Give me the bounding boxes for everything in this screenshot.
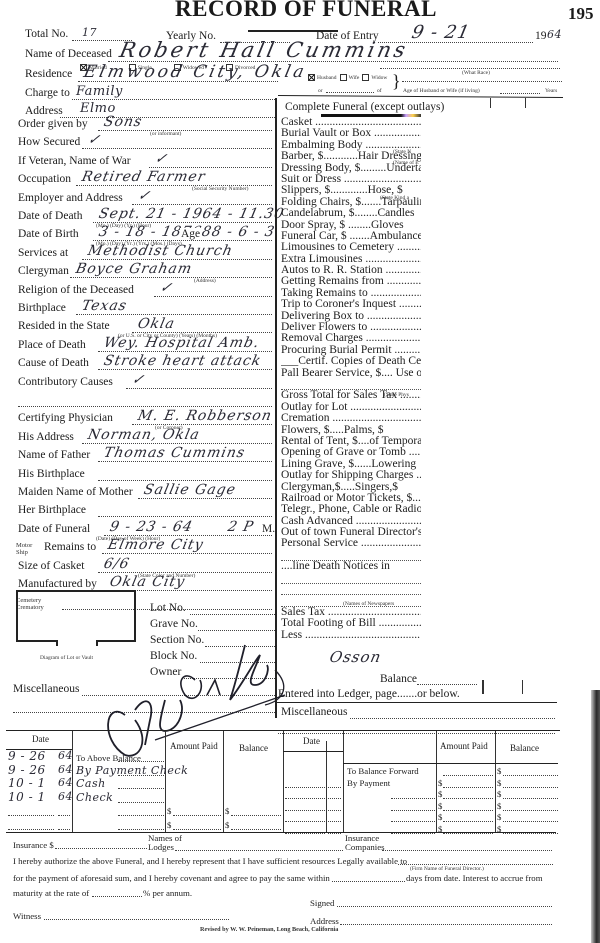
ledger-row[interactable]: $$ — [283, 789, 560, 801]
payment-text-b: days from date. Interest to accrue from — [406, 873, 543, 883]
maturity-text-b: % per annum. — [143, 888, 192, 898]
ledger-balance[interactable]: $ — [497, 812, 501, 822]
ledger-amount-line[interactable] — [443, 775, 493, 776]
veteran-value[interactable]: ✓ — [153, 151, 169, 167]
physician-line — [132, 424, 272, 425]
ledger-balance[interactable]: $ — [225, 820, 229, 830]
ledger-date-line[interactable] — [8, 829, 54, 830]
ledger-row[interactable]: 9 - 2664To Above Balance — [6, 751, 286, 765]
charge-item[interactable] — [281, 573, 421, 584]
physician-address-value[interactable]: Norman, Okla — [86, 427, 201, 443]
balance-box-divider — [482, 680, 484, 694]
age-spouse-unit: Years — [545, 88, 557, 94]
funeral-hour-value[interactable]: 2 P — [226, 519, 255, 535]
ledger-year[interactable]: 64 — [58, 776, 73, 789]
ledger-desc-line[interactable] — [118, 815, 164, 816]
ledger-date-line[interactable] — [285, 787, 325, 788]
clergyman-value[interactable]: Boyce Graham — [75, 261, 194, 277]
checkbox-icon — [340, 74, 347, 81]
order-given-by-line — [98, 130, 272, 131]
father-label: Name of Father — [18, 449, 90, 461]
ledger-year[interactable]: 64 — [58, 749, 73, 762]
charge-item[interactable]: Total Footing of Bill ..................… — [281, 618, 421, 629]
insurance-companies-bottom: Companies — [345, 842, 385, 852]
funeral-hour-suffix: M. — [262, 523, 275, 535]
ledger-date-line[interactable] — [8, 815, 54, 816]
residence-label: Residence — [25, 68, 72, 80]
charge-item[interactable]: Pall Bearer Service, $.... Use of — [281, 368, 421, 379]
lodges-line[interactable] — [175, 850, 343, 851]
motor-label: Motor — [16, 542, 32, 549]
ledger-row[interactable]: To Balance Forward$ — [283, 766, 560, 778]
grave-no-line[interactable] — [198, 630, 275, 631]
charge-item[interactable]: Taking Remains to ......................… — [281, 288, 421, 299]
document-title: RECORD OF FUNERAL — [175, 0, 437, 22]
ledger-row[interactable]: 9 - 2664By Payment Check — [6, 765, 286, 779]
charge-item[interactable]: Casket .................................… — [281, 117, 421, 128]
ledger-year-line[interactable] — [58, 829, 70, 830]
ledger-date[interactable]: 10 - 1 — [8, 776, 46, 790]
relation-option-husband[interactable]: Husband — [308, 74, 337, 81]
address-footer-label: Address — [310, 916, 339, 926]
entered-ledger-label: Entered into Ledger, page.......or below… — [278, 688, 460, 700]
charge-item[interactable]: Procuring Burial Permit ................… — [281, 345, 421, 356]
age-box-divider — [490, 98, 491, 108]
date-of-death-value[interactable]: Sept. 21 - 1964 - 11.30 — [97, 206, 286, 222]
place-of-death-label: Place of Death — [18, 339, 86, 351]
ledger-year[interactable]: 64 — [58, 763, 73, 776]
mother-line — [138, 498, 272, 499]
relation-group: Husband Wife Widow — [308, 74, 387, 81]
charge-item[interactable]: Burial Vault or Box ....................… — [281, 128, 421, 139]
age-label: Age — [180, 228, 201, 240]
clergyman-line — [70, 277, 272, 278]
ledger-description: By Payment — [347, 778, 390, 788]
charge-item[interactable]: Flowers, $.....Palms, $ — [281, 425, 421, 436]
manufactured-by-value[interactable]: Okla City — [108, 574, 186, 590]
ledger-amount[interactable]: $ — [438, 789, 442, 799]
charge-item[interactable]: Personal Service .......................… — [281, 538, 421, 549]
physician-value[interactable]: M. E. Robberson — [136, 408, 273, 424]
column-divider — [275, 98, 277, 718]
miscellaneous-left-label: Miscellaneous — [13, 683, 79, 695]
charge-to-line — [72, 99, 277, 100]
mother-birthplace-label: Her Birthplace — [18, 504, 86, 516]
birthplace-value[interactable]: Texas — [80, 298, 128, 314]
charge-item[interactable]: Deliver Flowers to .....................… — [281, 322, 421, 333]
birthplace-line — [76, 314, 272, 315]
ledger-amount-line[interactable] — [443, 787, 493, 788]
what-race-label: (What Race) — [462, 70, 490, 76]
miscellaneous-right-label: Miscellaneous — [281, 706, 347, 718]
contributory-value[interactable]: ✓ — [131, 372, 147, 388]
order-given-by-value[interactable]: Sons — [103, 114, 145, 130]
maturity-text-a: maturity at the rate of — [13, 888, 89, 898]
services-at-value[interactable]: Methodist Church — [86, 243, 234, 259]
ledger-left-rows: 9 - 2664To Above Balance9 - 2664By Payme… — [6, 751, 286, 832]
occupation-value[interactable]: Retired Farmer — [80, 169, 207, 185]
ledger-desc-line[interactable] — [391, 798, 435, 799]
note-newspapers: (Names of Newspapers — [343, 601, 394, 607]
what-race-line[interactable] — [380, 68, 560, 69]
how-secured-label: How Secured — [18, 136, 80, 148]
employer-line — [132, 204, 272, 205]
address-line — [60, 117, 277, 118]
ledger-year-line[interactable] — [328, 798, 341, 799]
ledger-balance[interactable]: $ — [225, 806, 229, 816]
ledger-amount-line[interactable] — [173, 829, 221, 830]
charge-item[interactable]: Sales Tax ..............................… — [281, 607, 421, 618]
year-prefix: 195 — [568, 4, 594, 24]
charge-item[interactable]: Railroad or Motor Tickets, $....... Aero… — [281, 493, 421, 504]
resided-in-state-value[interactable]: Okla — [136, 316, 176, 332]
age-box-divider-2 — [525, 98, 526, 108]
ledger-year-line[interactable] — [328, 821, 341, 822]
days-line[interactable] — [332, 881, 405, 882]
entry-year-label: 19 — [535, 30, 547, 42]
charge-to-value[interactable]: Family — [76, 84, 123, 99]
ledger-bottom-rule — [6, 832, 556, 833]
lot-diagram-box — [16, 590, 136, 642]
charge-item[interactable]: Door Spray, $ ........Gloves — [281, 220, 421, 231]
ledger-row[interactable]: $$ — [6, 805, 286, 819]
grave-no-label: Grave No. — [150, 618, 198, 630]
ledger-year[interactable]: 64 — [58, 790, 73, 803]
ledger-row[interactable]: 10 - 164Check — [6, 792, 286, 806]
father-birthplace-line[interactable] — [98, 480, 272, 481]
checkbox-icon — [362, 74, 369, 81]
name-of-deceased-label: Name of Deceased — [25, 48, 112, 60]
relation-brace: } — [392, 72, 401, 90]
date-of-funeral-label: Date of Funeral — [18, 523, 90, 535]
charge-to-label: Charge to — [25, 87, 70, 99]
employer-value[interactable]: ✓ — [136, 188, 152, 204]
charge-item[interactable]: Outlay for Lot .........................… — [281, 402, 421, 413]
ledger-left-amount-header: Amount Paid — [170, 741, 218, 751]
ledger-year-line[interactable] — [328, 787, 341, 788]
ledger-balance-line[interactable] — [503, 810, 558, 811]
ledger-date-line[interactable] — [285, 810, 325, 811]
religion-line — [154, 296, 272, 297]
lot-diagram-foot-left — [16, 640, 58, 642]
ledger-balance[interactable]: $ — [497, 801, 501, 811]
payment-text-a: for the payment of aforesaid sum, and I … — [13, 873, 330, 883]
note-state-name: (State N — [393, 149, 411, 155]
charge-item[interactable]: Autos to R. R. Station .................… — [281, 265, 421, 276]
age-spouse-line[interactable] — [500, 93, 540, 94]
cause-of-death-label: Cause of Death — [18, 357, 89, 369]
ledger-description[interactable]: Cash — [76, 777, 106, 790]
ledger-row[interactable]: $$ — [283, 801, 560, 813]
ledger-desc-line[interactable] — [118, 761, 164, 762]
ledger-desc-line[interactable] — [391, 810, 435, 811]
address-footer-line[interactable] — [340, 924, 552, 925]
ledger-divider — [277, 702, 557, 703]
remains-to-line — [102, 553, 272, 554]
mother-birthplace-line[interactable] — [98, 516, 272, 517]
occupation-label: Occupation — [18, 173, 71, 185]
veteran-line — [149, 167, 272, 168]
balance-label: Balance — [380, 673, 417, 685]
relation-option-wife[interactable]: Wife — [340, 74, 360, 81]
ledger-amount[interactable]: $ — [167, 806, 171, 816]
ledger-right-rows: To Balance Forward$By Payment$$$$$$$$$$ — [283, 766, 560, 835]
ledger-amount-line[interactable] — [173, 815, 221, 816]
ledger-right-header-rule — [283, 751, 343, 752]
note-state-kind: (State Kind a — [380, 195, 409, 201]
ledger-amount-line[interactable] — [443, 821, 493, 822]
firm-name-line[interactable] — [398, 864, 553, 865]
lot-no-line[interactable] — [190, 614, 275, 615]
contributory-label: Contributory Causes — [18, 376, 113, 388]
ledger-date[interactable]: 10 - 1 — [8, 790, 46, 804]
services-at-label: Services at — [18, 247, 68, 259]
ledger-amount[interactable]: $ — [438, 801, 442, 811]
blank-line-line[interactable] — [18, 406, 272, 407]
ledger-balance-line[interactable] — [503, 798, 558, 799]
ledger-desc-line[interactable] — [118, 802, 164, 803]
charge-item[interactable]: Rental of Tent, $....of Temporary — [281, 436, 421, 447]
less-value[interactable]: Osson — [328, 648, 383, 666]
ledger-amount-line[interactable] — [443, 810, 493, 811]
ledger-amount-line[interactable] — [443, 798, 493, 799]
total-no-value[interactable]: 17 — [82, 26, 97, 39]
ledger-year-line[interactable] — [58, 815, 70, 816]
ledger-balance-line[interactable] — [231, 829, 281, 830]
ledger-balance[interactable]: $ — [497, 789, 501, 799]
charge-item[interactable]: Suit or Dress ..........................… — [281, 174, 421, 185]
insurance-companies-line[interactable] — [382, 850, 552, 851]
ledger-description: To Balance Forward — [347, 766, 419, 776]
charge-item[interactable]: Removal Charges ........................… — [281, 333, 421, 344]
note-state-physician: (State Phys — [384, 392, 409, 398]
ledger-right-amount-header: Amount Paid — [440, 741, 488, 751]
rate-line[interactable] — [92, 896, 142, 897]
remains-to-label: Remains to — [44, 541, 96, 553]
ledger-balance[interactable]: $ — [497, 778, 501, 788]
checkbox-checked-icon — [308, 74, 315, 81]
contributory-line — [126, 388, 272, 389]
charge-item[interactable]: Limousines to Cemetery .................… — [281, 242, 421, 253]
age-value[interactable]: 88 - 6 - 3 — [200, 224, 276, 240]
authorize-text: I hereby authorize the above Funeral, an… — [13, 856, 407, 866]
ledger-date-line[interactable] — [285, 821, 325, 822]
employer-label: Employer and Address — [18, 192, 123, 204]
charge-item[interactable] — [281, 550, 421, 561]
charge-item[interactable]: Telegr., Phone, Cable or Radio .........… — [281, 504, 421, 515]
ledger-row[interactable]: $$ — [283, 824, 560, 836]
date-of-entry-value[interactable]: 9 - 21 — [410, 22, 472, 43]
charge-item[interactable]: Out of town Funeral Director's .........… — [281, 527, 421, 538]
ledger-desc-line[interactable] — [391, 821, 435, 822]
mother-label: Maiden Name of Mother — [18, 486, 133, 498]
signed-line[interactable] — [337, 906, 552, 907]
ledger-row[interactable]: $$ — [6, 819, 286, 833]
note-name-of: (Name of E — [393, 160, 419, 166]
charge-item[interactable]: ___Certif. Copies of Death Certificate .… — [281, 356, 421, 367]
witness-line[interactable] — [44, 919, 229, 920]
balance-box-divider-2 — [522, 680, 523, 694]
charge-item[interactable]: Trip to Coroner's Inquest ..............… — [281, 299, 421, 310]
ledger-date[interactable]: 9 - 26 — [8, 749, 46, 763]
insurance-line[interactable] — [55, 848, 147, 849]
relation-line[interactable] — [402, 81, 562, 82]
ship-label: Ship — [16, 549, 28, 556]
charge-item[interactable]: Delivering Box to ......................… — [281, 311, 421, 322]
ledger-right-balance-header: Balance — [510, 743, 539, 753]
ledger-amount[interactable]: $ — [438, 778, 442, 788]
ledger-left: Date Amount Paid Balance 9 - 2664To Abov… — [6, 731, 286, 833]
lot-no-label: Lot No. — [150, 602, 186, 614]
lot-diagram-caption: Diagram of Lot or Vault — [40, 655, 93, 661]
father-line — [98, 461, 272, 462]
ledger-desc-line[interactable] — [118, 829, 164, 830]
ledger-right-header-rule-2 — [343, 763, 558, 764]
section-divider — [278, 95, 563, 98]
size-casket-label: Size of Casket — [18, 560, 84, 572]
ledger-desc-line[interactable] — [118, 775, 164, 776]
religion-label: Religion of the Deceased — [18, 284, 134, 296]
ledger-date[interactable]: 9 - 26 — [8, 763, 46, 777]
religion-value[interactable]: ✓ — [159, 280, 175, 296]
remains-to-value[interactable]: Elmore City — [106, 537, 205, 553]
scan-edge-shadow — [591, 690, 600, 943]
ledger-row[interactable]: 10 - 164Cash — [6, 778, 286, 792]
address-label: Address — [25, 105, 63, 117]
ledger-balance-line[interactable] — [231, 815, 281, 816]
clergyman-label: Clergyman — [18, 265, 69, 277]
mother-value[interactable]: Sallie Gage — [142, 482, 237, 498]
order-given-by-label: Order given by — [18, 118, 88, 130]
resided-in-state-label: Resided in the State — [18, 320, 110, 332]
witness-label: Witness — [13, 911, 41, 921]
signed-label: Signed — [310, 898, 334, 908]
charges-header: Complete Funeral (except outlays) — [285, 101, 444, 113]
charge-item[interactable]: Cash Advanced ..........................… — [281, 516, 421, 527]
physician-label: Certifying Physician — [18, 412, 113, 424]
ledger-description[interactable]: Check — [76, 791, 113, 804]
firm-name-note: (Firm Name of Funeral Director.) — [410, 866, 484, 872]
charge-item[interactable]: Clergyman,$.....Singers,$ — [281, 482, 421, 493]
ledger-balance-line[interactable] — [503, 821, 558, 822]
clergyman-sublabel: (Address) — [194, 278, 216, 284]
miscellaneous-right-line[interactable] — [350, 718, 555, 719]
father-birthplace-label: His Birthplace — [18, 468, 85, 480]
how-secured-line — [82, 148, 272, 149]
relation-or-label: or — [318, 88, 323, 94]
ledger-right-date-header: Date — [303, 736, 320, 746]
ledger-row[interactable]: By Payment$$ — [283, 778, 560, 790]
ledger-balance-line[interactable] — [503, 775, 558, 776]
physician-address-label: His Address — [18, 431, 74, 443]
charge-item[interactable]: Opening of Grave or Tomb ...............… — [281, 447, 421, 458]
revised-by-credit: Revised by W. W. Peineman, Long Beach, C… — [200, 926, 338, 933]
date-of-funeral-value[interactable]: 9 - 23 - 64 — [108, 519, 194, 535]
cause-of-death-line — [98, 369, 272, 370]
charge-item[interactable] — [281, 584, 421, 595]
lot-diagram-post-left — [56, 640, 58, 646]
cause-of-death-value[interactable]: Stroke heart attack — [103, 353, 264, 369]
birthplace-label: Birthplace — [18, 302, 66, 314]
lodges-label-bottom: Lodges — [148, 842, 174, 852]
manufactured-by-label: Manufactured by — [18, 578, 97, 590]
veteran-label: If Veteran, Name of War — [18, 155, 131, 167]
age-spouse-label: Age of Husband or Wife (if living) — [403, 88, 480, 94]
charge-item[interactable]: Getting Remains from ...................… — [281, 276, 421, 287]
relation-or-line[interactable] — [326, 92, 374, 93]
charge-item[interactable]: Lining Grave, $......Lowering — [281, 459, 421, 470]
date-of-death-label: Date of Death — [18, 210, 83, 222]
name-of-deceased-value[interactable]: Robert Hall Cummins — [117, 38, 410, 62]
charge-item[interactable]: Less ...................................… — [281, 630, 421, 641]
residence-value[interactable]: Elmwood City, Okla — [82, 62, 309, 82]
charge-item[interactable]: Cremation ..............................… — [281, 413, 421, 424]
charge-item[interactable]: Extra Limousines .......................… — [281, 254, 421, 265]
entry-year-value[interactable]: 64 — [547, 28, 562, 41]
order-given-by-sublabel: (or informant) — [150, 131, 181, 137]
ledger-row[interactable]: $$ — [283, 812, 560, 824]
place-of-death-value[interactable]: Wey. Hospital Amb. — [103, 335, 262, 351]
charge-item[interactable]: Candelabrum, $........Candles — [281, 208, 421, 219]
relation-of-label: of — [377, 88, 382, 94]
occupation-sublabel: (Social Security Number) — [192, 186, 249, 192]
charge-item[interactable]: Outlay for Shipping Charges ............… — [281, 470, 421, 481]
charge-item[interactable] — [281, 379, 421, 390]
relation-option-widow[interactable]: Widow — [362, 74, 387, 81]
total-no-label: Total No. — [25, 28, 68, 40]
ledger-date-line[interactable] — [285, 798, 325, 799]
size-casket-value[interactable]: 6/6 — [103, 556, 132, 572]
ledger-desc-line[interactable] — [118, 788, 164, 789]
charge-item[interactable]: ....line Death Notices in — [281, 561, 421, 572]
date-of-birth-label: Date of Birth — [18, 228, 79, 240]
father-value[interactable]: Thomas Cummins — [103, 445, 247, 461]
ledger-balance[interactable]: $ — [497, 766, 501, 776]
ledger-amount[interactable]: $ — [167, 820, 171, 830]
ledger-right: Date Amount Paid Balance To Balance Forw… — [283, 731, 560, 833]
charge-item[interactable]: Funeral Car, $ .......Ambulance — [281, 231, 421, 242]
balance-line[interactable] — [417, 684, 477, 685]
ledger-left-date-header: Date — [32, 734, 49, 744]
ledger-balance-line[interactable] — [503, 787, 558, 788]
ledger-year-line[interactable] — [328, 810, 341, 811]
ledger-amount[interactable]: $ — [438, 812, 442, 822]
insurance-label: Insurance $ — [13, 840, 54, 850]
how-secured-value[interactable]: ✓ — [86, 132, 102, 148]
